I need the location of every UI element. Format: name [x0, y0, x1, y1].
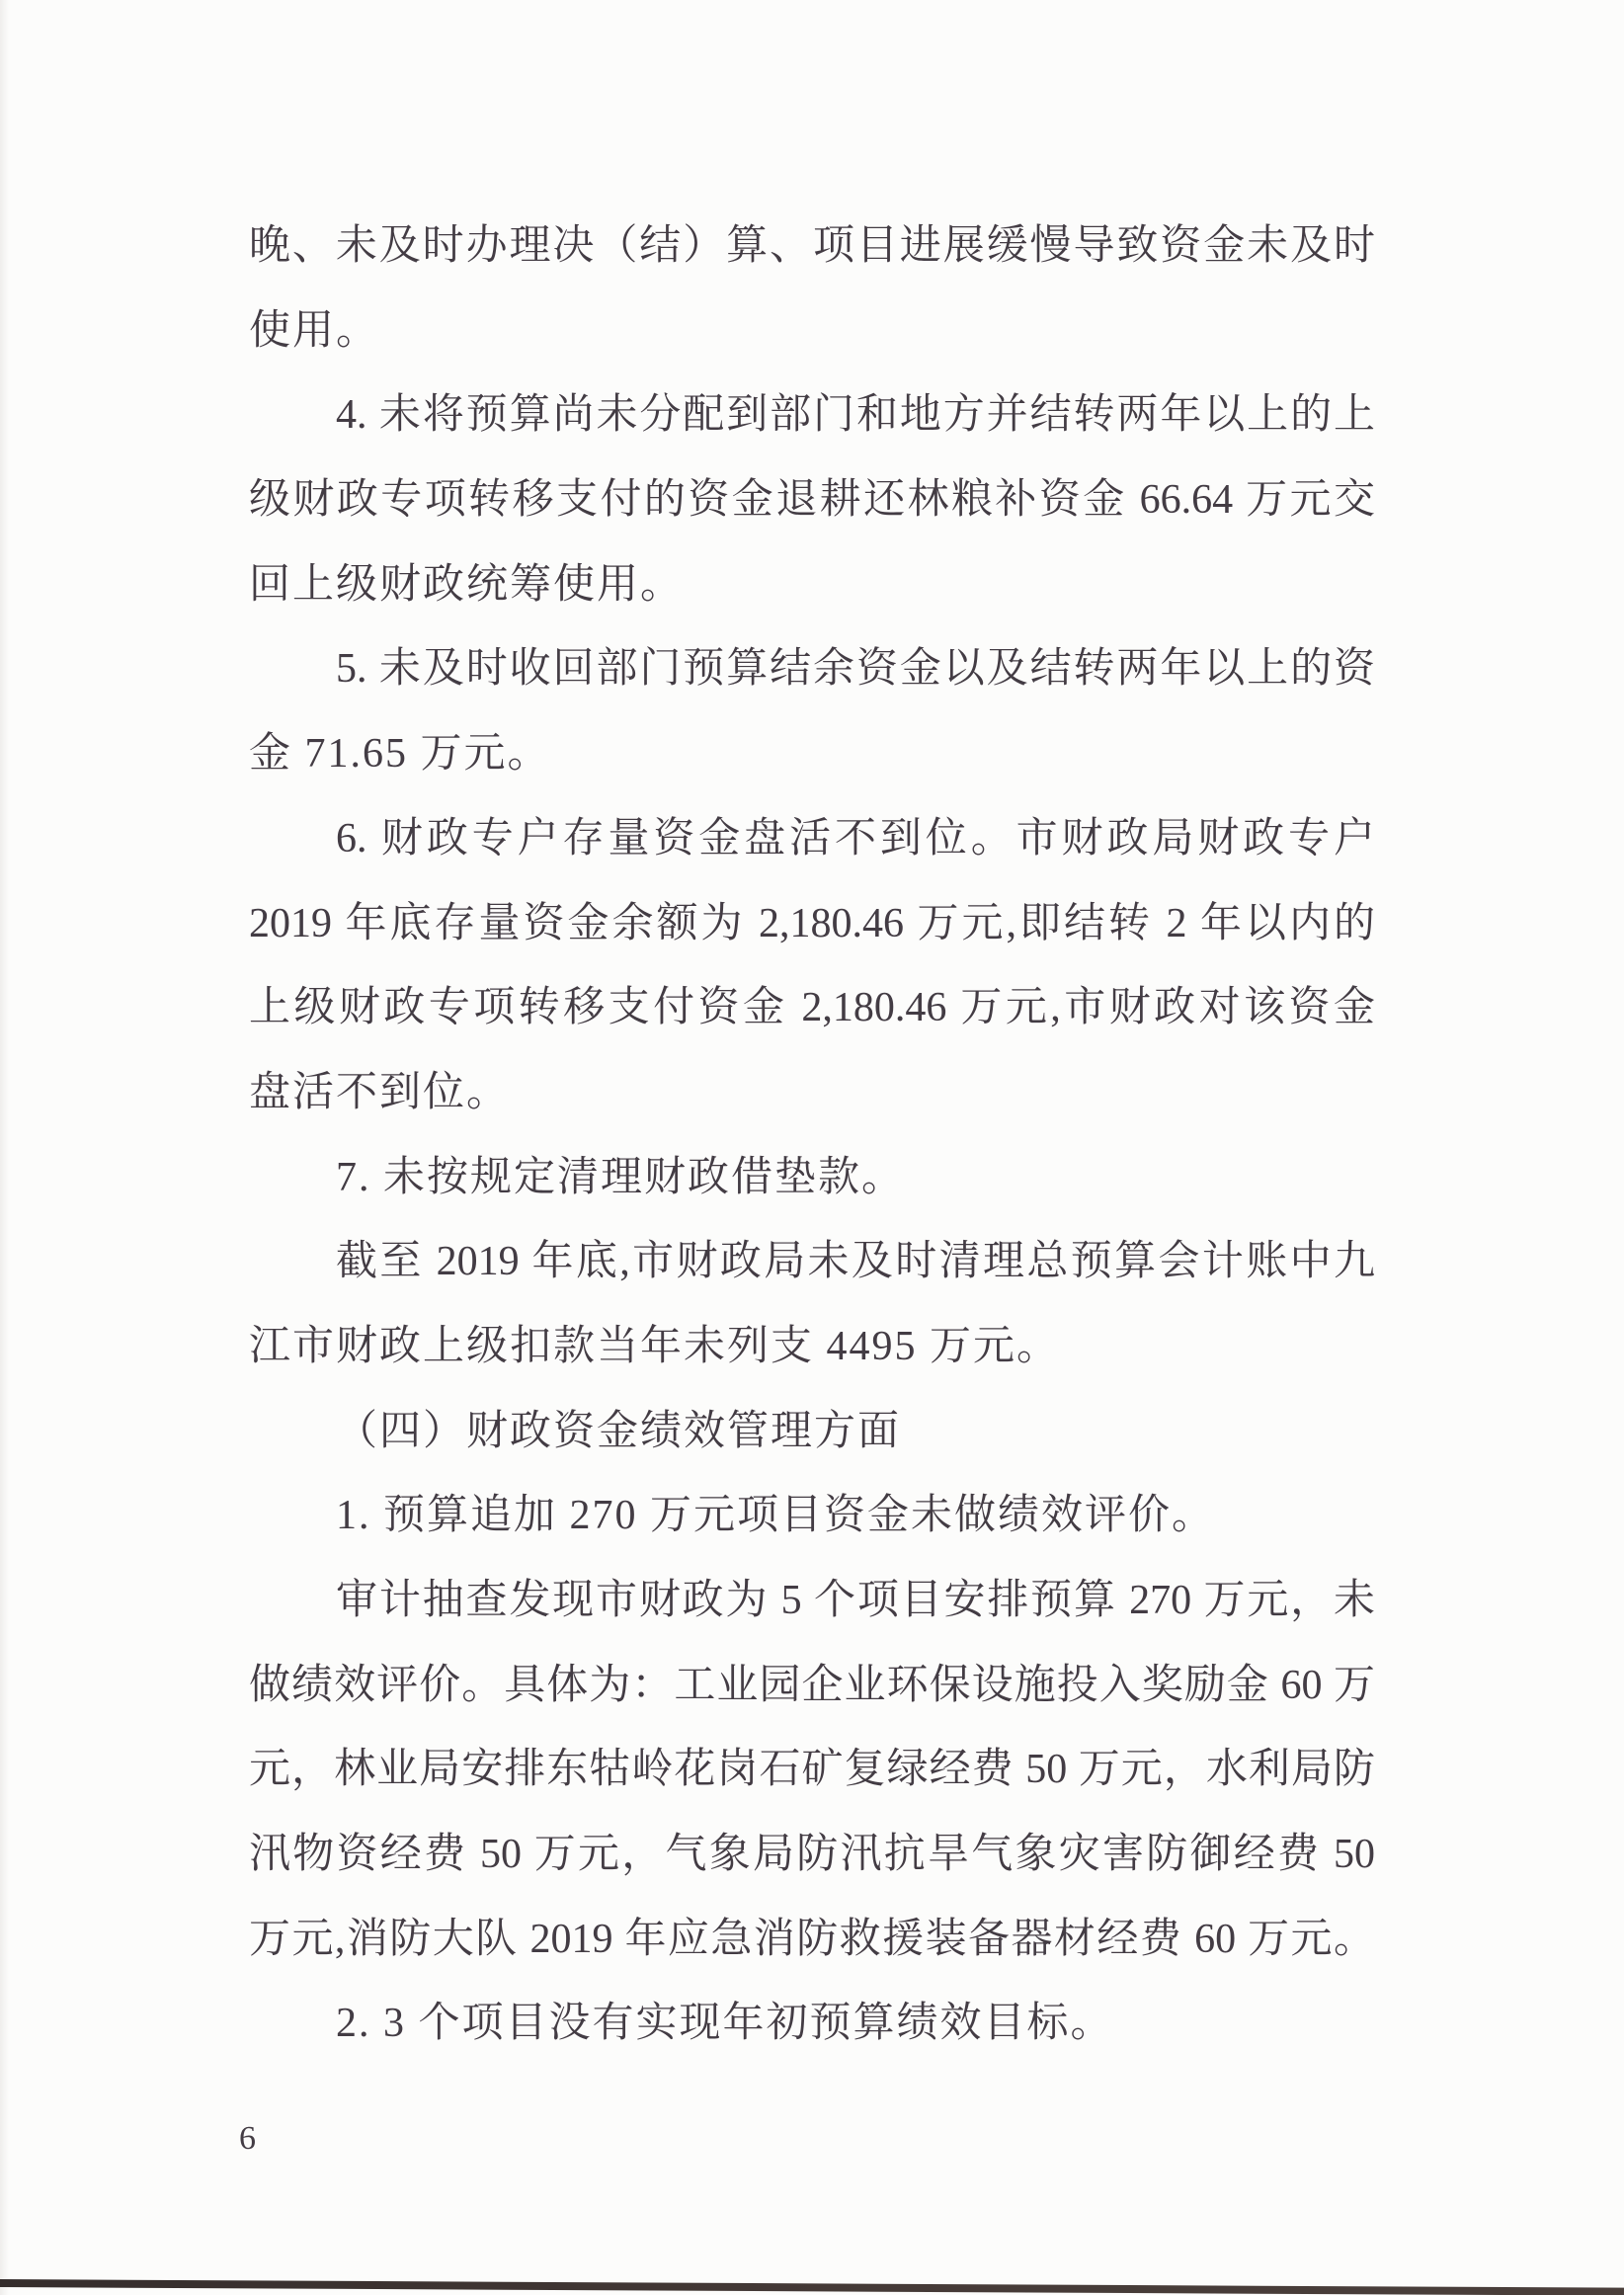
text-line: 江市财政上级扣款当年未列支 4495 万元。 — [249, 1305, 1375, 1390]
list-item-line: 2. 3 个项目没有实现年初预算绩效目标。 — [249, 1982, 1375, 2067]
text-line: 汛物资经费 50 万元，气象局防汛抗旱气象灾害防御经费 50 — [249, 1813, 1375, 1898]
list-item-line: 7. 未按规定清理财政借垫款。 — [249, 1136, 1375, 1221]
scanned-document-page: { "doc": { "lines": [ "晚、未及时办理决（结）算、项目进展… — [0, 0, 1624, 2295]
list-item-line: 4. 未将预算尚未分配到部门和地方并结转两年以上的上 — [249, 373, 1375, 458]
text-line: 使用。 — [249, 289, 1375, 374]
text-line: 级财政专项转移支付的资金退耕还林粮补资金 66.64 万元交 — [249, 458, 1375, 543]
text-line: 上级财政专项转移支付资金 2,180.46 万元,市财政对该资金 — [249, 966, 1375, 1051]
text-line: 2019 年底存量资金余额为 2,180.46 万元,即结转 2 年以内的 — [249, 882, 1375, 967]
text-line: 截至 2019 年底,市财政局未及时清理总预算会计账中九 — [249, 1220, 1375, 1305]
page-number: 6 — [239, 2120, 257, 2158]
list-item-line: 1. 预算追加 270 万元项目资金未做绩效评价。 — [249, 1474, 1375, 1559]
list-item-line: 5. 未及时收回部门预算结余资金以及结转两年以上的资 — [249, 627, 1375, 712]
text-line: 做绩效评价。具体为：工业园企业环保设施投入奖励金 60 万 — [249, 1644, 1375, 1729]
text-line: 回上级财政统筹使用。 — [249, 543, 1375, 628]
text-line: 元，林业局安排东牯岭花岗石矿复绿经费 50 万元，水利局防 — [249, 1728, 1375, 1813]
text-line: 盘活不到位。 — [249, 1051, 1375, 1136]
text-line: 万元,消防大队 2019 年应急消防救援装备器材经费 60 万元。 — [249, 1898, 1375, 1983]
scan-bottom-edge-line — [0, 2279, 1624, 2295]
document-body-text: 晚、未及时办理决（结）算、项目进展缓慢导致资金未及时 使用。 4. 未将预算尚未… — [249, 205, 1375, 2067]
section-heading-line: （四）财政资金绩效管理方面 — [249, 1390, 1375, 1475]
text-line: 金 71.65 万元。 — [249, 712, 1375, 797]
list-item-line: 6. 财政专户存量资金盘活不到位。市财政局财政专户 — [249, 797, 1375, 882]
text-line: 审计抽查发现市财政为 5 个项目安排预算 270 万元，未 — [249, 1559, 1375, 1644]
text-line: 晚、未及时办理决（结）算、项目进展缓慢导致资金未及时 — [249, 205, 1375, 289]
page-background: 晚、未及时办理决（结）算、项目进展缓慢导致资金未及时 使用。 4. 未将预算尚未… — [0, 0, 1624, 2295]
